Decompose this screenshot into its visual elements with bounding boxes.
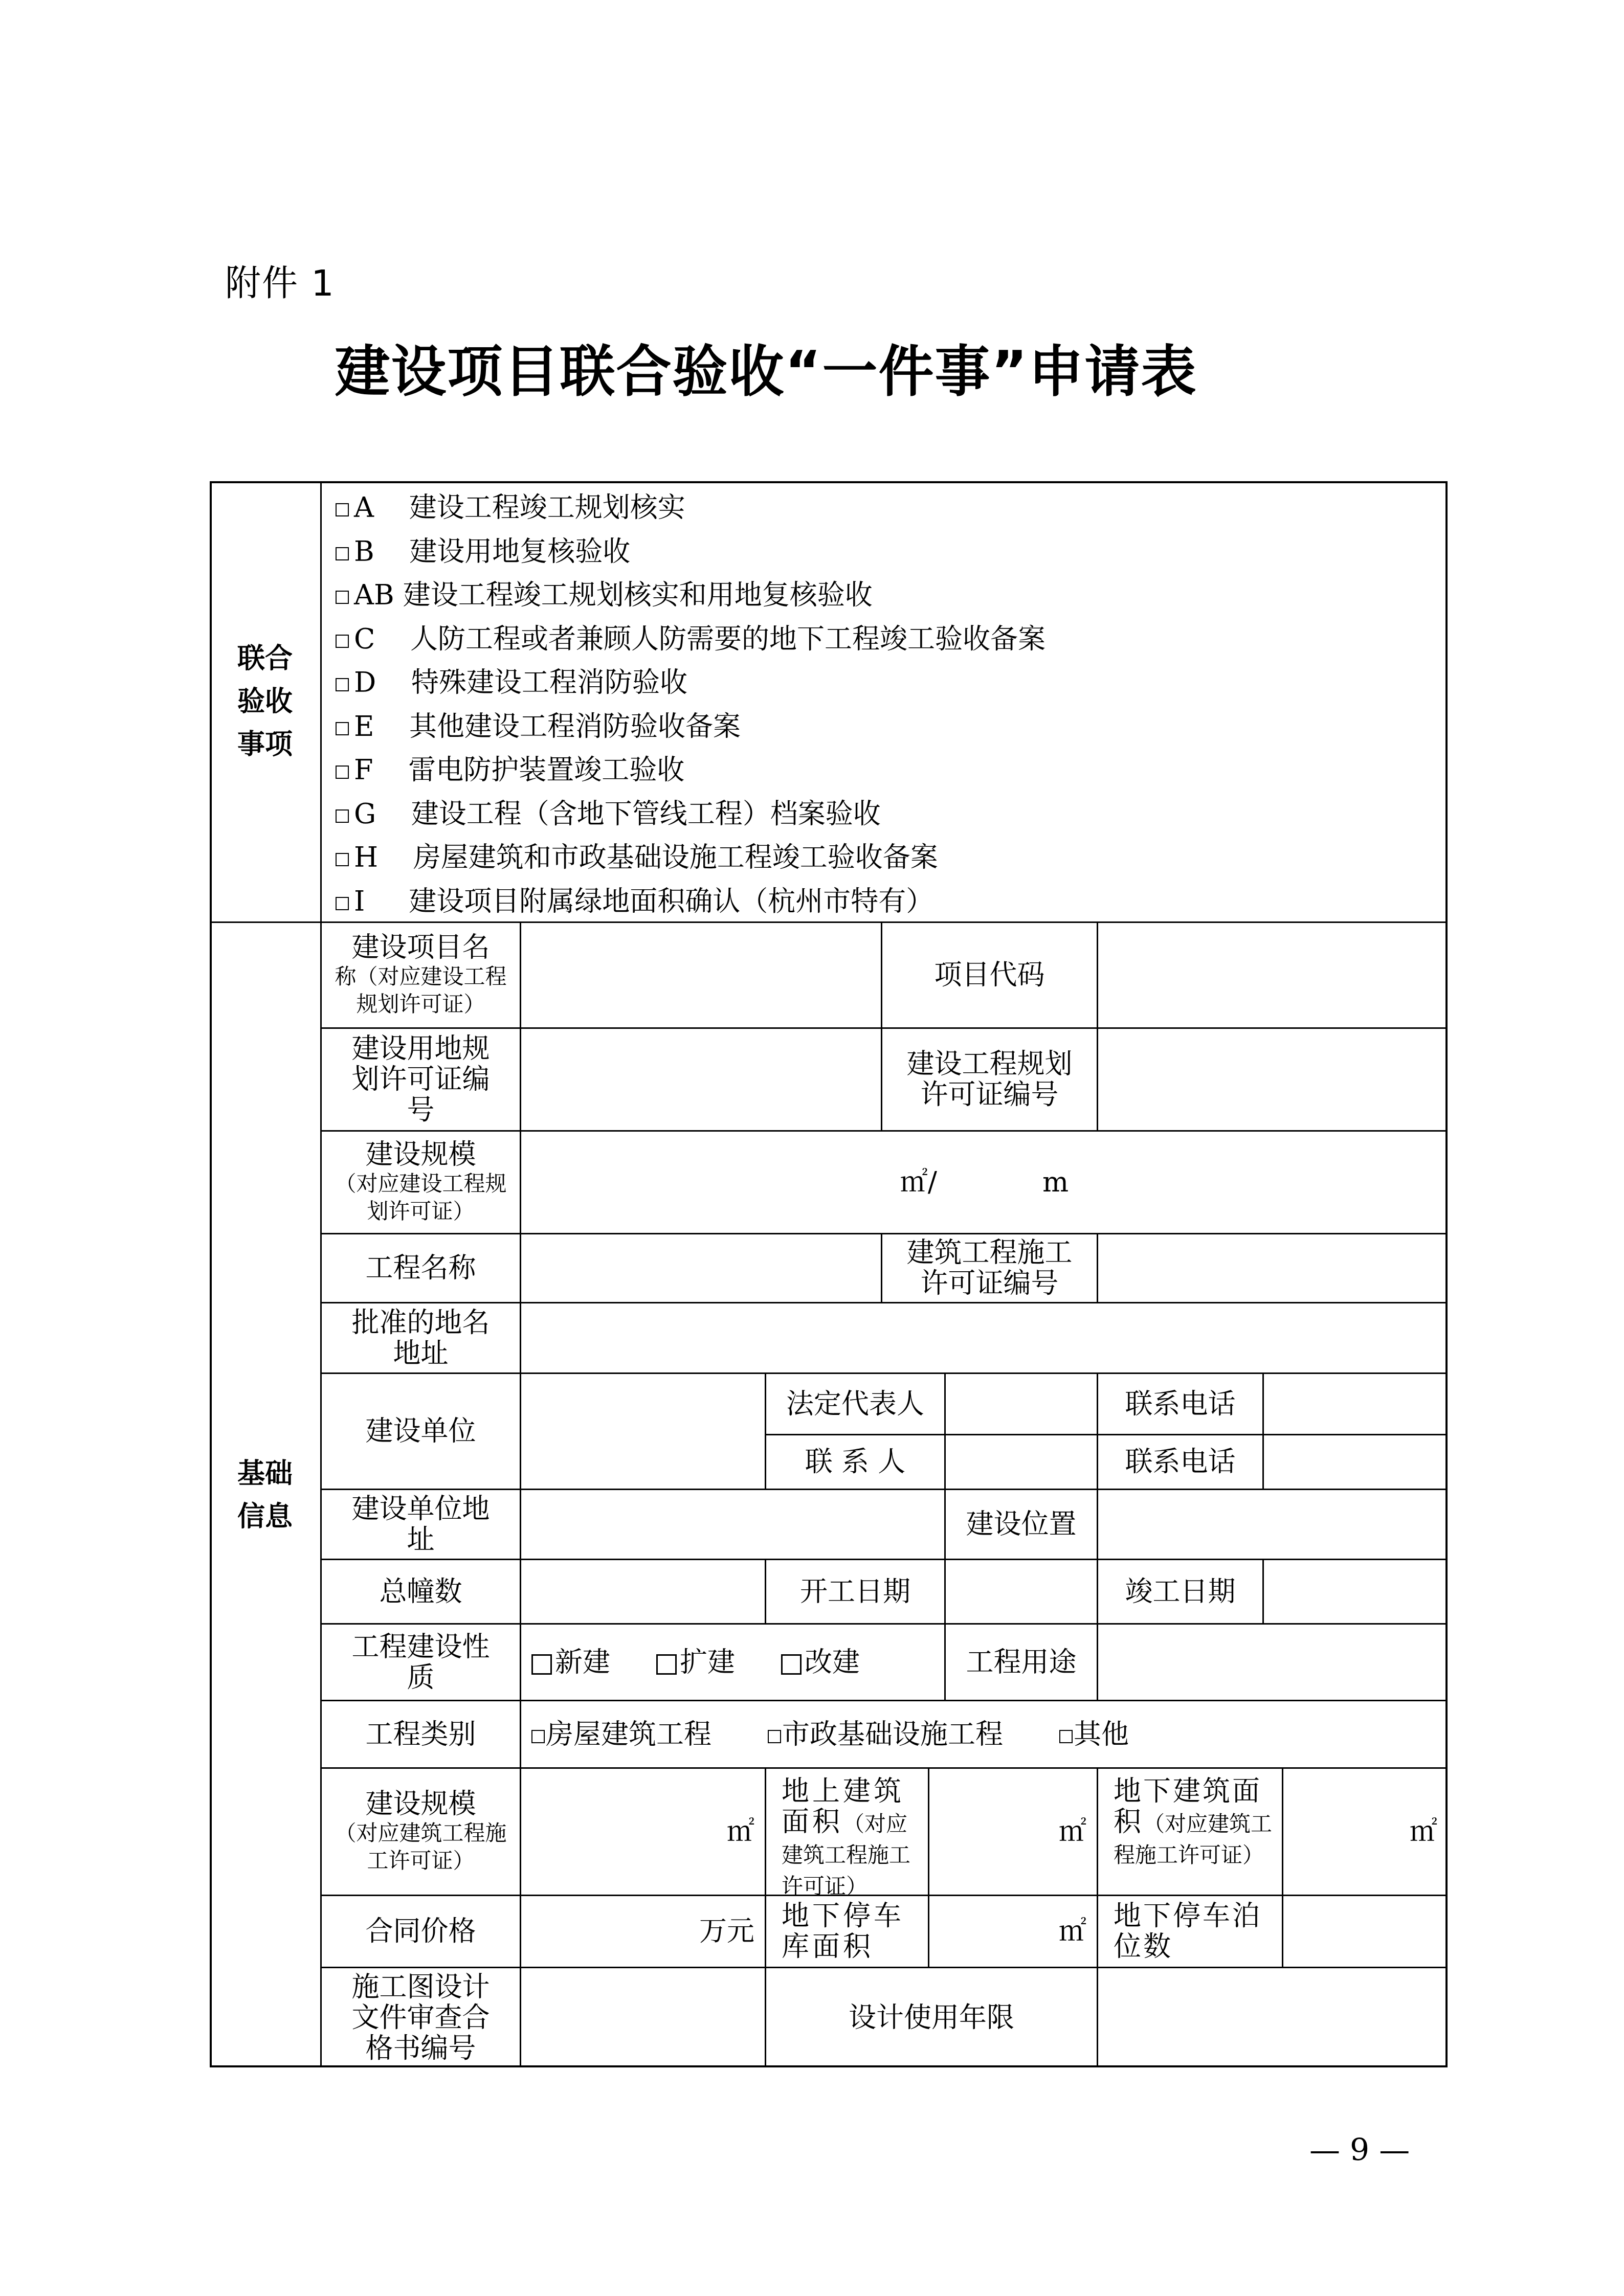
label-eng-permit-no: 建设工程规划许可证编号 [881,1027,1097,1130]
checkbox-icon[interactable] [781,1654,802,1675]
input-construction-permit-no[interactable] [1097,1233,1448,1302]
checkbox-icon[interactable] [336,897,349,910]
option-other[interactable]: 其他 [1059,1719,1129,1750]
label-build-location: 建设位置 [944,1489,1097,1559]
option-expand[interactable]: 扩建 [656,1647,735,1678]
input-builder-unit[interactable] [520,1372,765,1489]
input-build-location[interactable] [1097,1489,1448,1559]
input-start-date[interactable] [944,1559,1097,1623]
label-main: 建设规模 [366,1789,476,1819]
checkbox-item-c[interactable]: C 人防工程或者兼顾人防需要的地下工程竣工验收备案 [336,617,1045,661]
label-above-ground-area: 地上建筑面积（对应建筑工程施工许可证） [765,1767,928,1895]
label-sub: （对应建设工程规划许可证） [330,1170,511,1225]
input-drawing-review-no[interactable] [520,1967,765,2067]
checkbox-icon[interactable] [336,853,349,866]
checkbox-item-i[interactable]: I 建设项目附属绿地面积确认（杭州市特有） [336,880,1045,924]
nature-options: 新建 扩建 改建 [520,1623,944,1700]
input-above-ground-area[interactable]: ㎡ [928,1767,1097,1895]
label-main: 建设规模 [366,1139,476,1170]
input-legal-rep[interactable] [944,1372,1097,1434]
page-title: 建设项目联合验收“一件事”申请表 [0,327,1624,407]
checkbox-item-g[interactable]: G 建设工程（含地下管线工程）档案验收 [336,792,1045,836]
checkbox-icon[interactable] [768,1730,781,1743]
input-scale-construction[interactable]: ㎡ [520,1767,765,1895]
option-housing[interactable]: 房屋建筑工程 [531,1719,711,1750]
option-municipal[interactable]: 市政基础设施工程 [768,1719,1003,1750]
checkbox-item-f[interactable]: F 雷电防护装置竣工验收 [336,748,1045,792]
label-land-permit-no: 建设用地规划许可证编号 [320,1027,520,1130]
checkbox-icon[interactable] [336,722,349,735]
checkbox-icon[interactable] [336,766,349,779]
checkbox-item-b[interactable]: B 建设用地复核验收 [336,530,1045,574]
input-contact-phone-2[interactable] [1262,1434,1448,1489]
label-builder-address: 建设单位地址 [320,1489,520,1559]
input-completion-date[interactable] [1262,1559,1448,1623]
label-legal-rep: 法定代表人 [765,1372,944,1434]
input-project-name[interactable] [520,921,881,1027]
input-eng-permit-no[interactable] [1097,1027,1448,1130]
label-construction-scale: 建设规模 （对应建设工程规划许可证） [320,1130,520,1233]
label-approved-address: 批准的地名地址 [320,1302,520,1372]
label-underground-parking-spaces: 地下停车泊位数 [1097,1895,1282,1967]
label-sub: 称（对应建设工程规划许可证） [330,963,511,1018]
checkbox-item-a[interactable]: A 建设工程竣工规划核实 [336,486,1045,530]
input-approved-address[interactable] [520,1302,1448,1372]
checkbox-icon[interactable] [1059,1730,1073,1743]
label-category: 工程类别 [320,1700,520,1767]
input-land-permit-no[interactable] [520,1027,881,1130]
label-underground-area: 地下建筑面积（对应建筑工程施工许可证） [1097,1767,1282,1895]
category-options: 房屋建筑工程 市政基础设施工程 其他 [520,1700,1448,1767]
label-contact-phone-1: 联系电话 [1097,1372,1262,1434]
section-label-basic-info: 基础 信息 [210,921,320,2067]
input-total-buildings[interactable] [520,1559,765,1623]
input-underground-parking-area[interactable]: ㎡ [928,1895,1097,1967]
label-contact-person: 联 系 人 [765,1434,944,1489]
label-scale-construction: 建设规模 （对应建筑工程施工许可证） [320,1767,520,1895]
input-builder-address[interactable] [520,1489,944,1559]
input-contract-price[interactable]: 万元 [520,1895,765,1967]
option-renovate[interactable]: 改建 [781,1647,860,1678]
label-engineering-name: 工程名称 [320,1233,520,1302]
checkbox-icon[interactable] [531,1730,545,1743]
input-design-life[interactable] [1097,1967,1448,2067]
label-design-life: 设计使用年限 [765,1967,1097,2067]
label-total-buildings: 总幢数 [320,1559,520,1623]
checkbox-icon[interactable] [531,1654,552,1675]
input-contact-phone-1[interactable] [1262,1372,1448,1434]
checkbox-item-d[interactable]: D 特殊建设工程消防验收 [336,661,1045,705]
label-construction-nature: 工程建设性质 [320,1623,520,1700]
label-contact-phone-2: 联系电话 [1097,1434,1262,1489]
label-contract-price: 合同价格 [320,1895,520,1967]
input-construction-scale[interactable]: ㎡/ m [520,1130,1448,1233]
attachment-label: 附件 1 [225,255,335,306]
checkbox-item-e[interactable]: E 其他建设工程消防验收备案 [336,705,1045,749]
input-usage[interactable] [1097,1623,1448,1700]
checkbox-item-h[interactable]: H 房屋建筑和市政基础设施工程竣工验收备案 [336,836,1045,880]
label-underground-parking-area: 地下停车库面积 [765,1895,928,1967]
label-project-code: 项目代码 [881,921,1097,1027]
checkbox-icon[interactable] [336,809,349,823]
checkbox-icon[interactable] [336,503,349,516]
page-number: — 9 — [1309,2132,1410,2168]
section-label-joint-acceptance: 联合 验收 事项 [210,481,320,921]
checkbox-icon[interactable] [336,635,349,648]
label-drawing-review-no: 施工图设计文件审查合格书编号 [320,1967,520,2067]
label-builder-unit: 建设单位 [320,1372,520,1489]
label-usage: 工程用途 [944,1623,1097,1700]
checkbox-icon[interactable] [336,678,349,691]
option-new[interactable]: 新建 [531,1647,610,1678]
label-construction-permit-no: 建筑工程施工许可证编号 [881,1233,1097,1302]
input-engineering-name[interactable] [520,1233,881,1302]
checkbox-icon[interactable] [656,1654,677,1675]
input-project-code[interactable] [1097,921,1448,1027]
input-underground-area[interactable]: ㎡ [1282,1767,1448,1895]
label-completion-date: 竣工日期 [1097,1559,1262,1623]
label-sub: （对应建筑工程施工许可证） [330,1819,511,1875]
joint-acceptance-items: A 建设工程竣工规划核实 B 建设用地复核验收 AB 建设工程竣工规划核实和用地… [336,486,1045,923]
label-project-name: 建设项目名 称（对应建设工程规划许可证） [320,921,520,1027]
checkbox-item-ab[interactable]: AB 建设工程竣工规划核实和用地复核验收 [336,573,1045,617]
label-start-date: 开工日期 [765,1559,944,1623]
input-contact-person[interactable] [944,1434,1097,1489]
checkbox-icon[interactable] [336,591,349,604]
label-main: 建设项目名 [352,932,490,963]
checkbox-icon[interactable] [336,547,349,560]
input-underground-parking-spaces[interactable] [1282,1895,1448,1967]
